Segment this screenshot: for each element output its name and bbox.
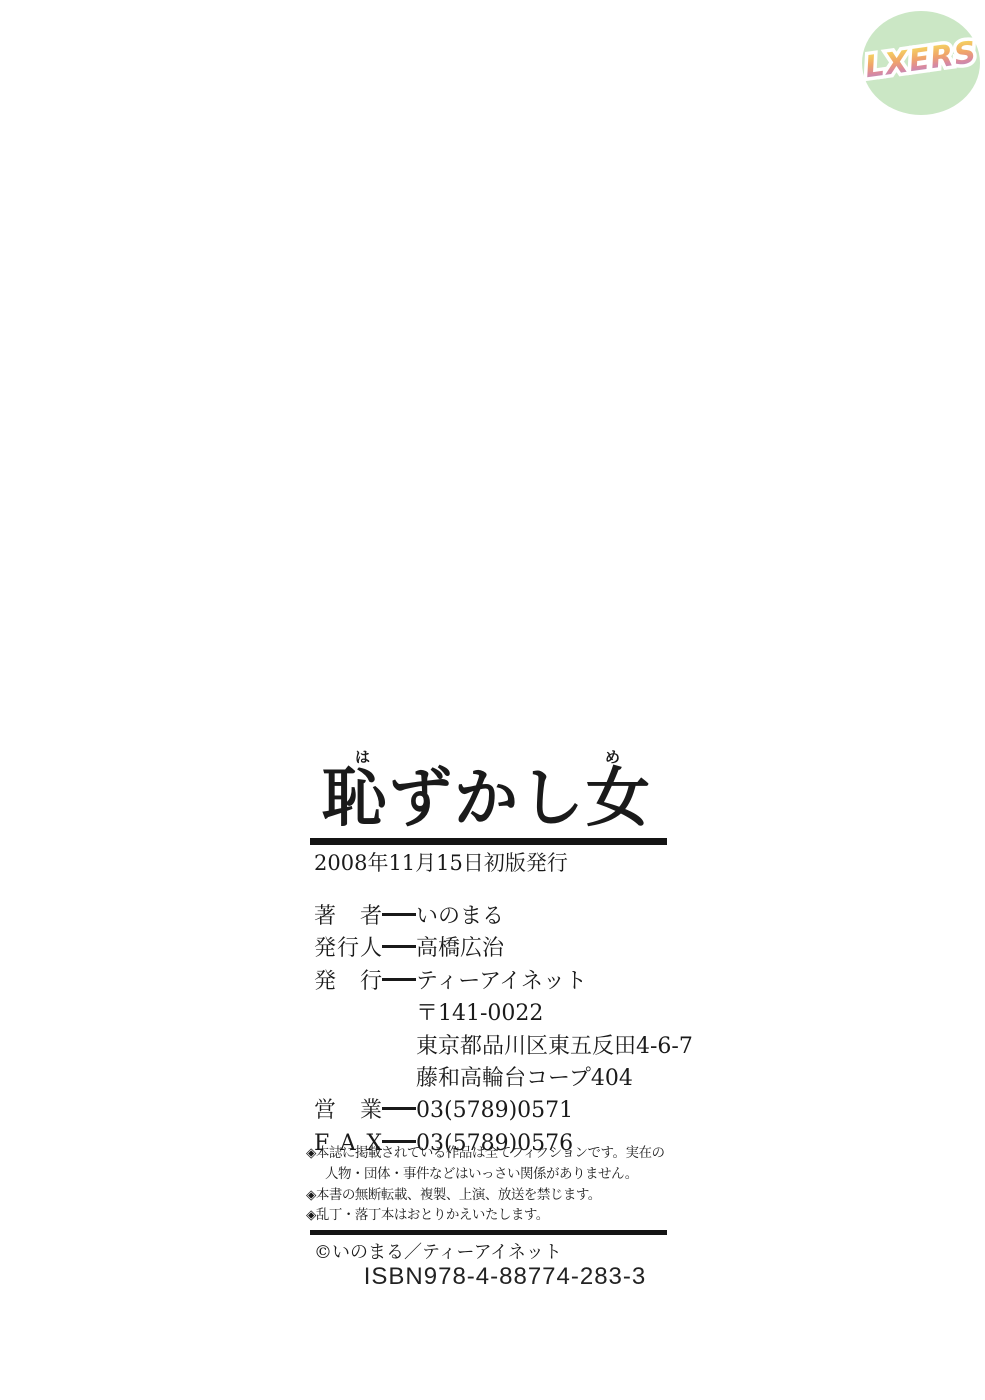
credit-row-publisher: 発行ティーアイネット [314,966,693,998]
credit-row-author: 著者いのまる [314,901,693,933]
credit-label: 発行人 [314,933,382,965]
credit-row-issuer: 発行人高橋広治 [314,933,693,965]
notice-text: 本誌に掲載されている作品は全てフィクションです。実在の [316,1145,665,1161]
book-title-block: は め 恥ずかし女 [322,750,702,845]
credit-label: 著者 [314,901,382,933]
diamond-bullet-icon: ◈ [306,1145,316,1161]
contact-value: 03(5789)0571 [416,1098,573,1123]
bottom-divider-rule [310,1230,667,1235]
edition-line: 2008年11月15日初版発行 [314,849,568,877]
separator-dash [382,978,416,981]
copyright-line: ©いのまる／ティーアイネット [314,1241,562,1265]
colophon-page: LXERS LXERS は め 恥ずかし女 2008年11月15日初版発行 著者… [0,0,985,1400]
contact-row-sales: 営業03(5789)0571 [314,1095,693,1127]
notice-line: ◈乱丁・落丁本はおとりかえいたします。 [306,1205,686,1226]
publisher-logo: LXERS LXERS [862,11,980,115]
notice-text: 人物・団体・事件などはいっさい関係がありません。 [325,1166,638,1182]
separator-dash [382,945,416,948]
publisher-logo-text: LXERS [863,35,979,85]
postal-code-line: 〒141-0022 [314,998,693,1030]
credit-label: 発行 [314,966,382,998]
legal-notices: ◈本誌に掲載されている作品は全てフィクションです。実在の 人物・団体・事件などは… [306,1143,686,1226]
diamond-bullet-icon: ◈ [306,1207,316,1223]
publication-info: 著者いのまる 発行人高橋広治 発行ティーアイネット 〒141-0022 東京都品… [314,901,693,1160]
separator-dash [382,1107,416,1110]
address-line: 藤和高輪台コープ404 [314,1063,693,1095]
credit-value: 高橋広治 [416,936,504,961]
address-line: 東京都品川区東五反田4-6-7 [314,1031,693,1063]
title-divider-rule [310,838,667,845]
diamond-bullet-icon: ◈ [306,1187,316,1203]
isbn-number: ISBN978-4-88774-283-3 [310,1263,700,1291]
credit-value: ティーアイネット [416,969,587,994]
credit-value: いのまる [416,904,504,929]
contact-label: 営業 [314,1095,382,1127]
notice-text: 本書の無断転載、複製、上演、放送を禁じます。 [316,1187,601,1203]
book-title: 恥ずかし女 [322,767,652,831]
notice-line: ◈本誌に掲載されている作品は全てフィクションです。実在の [306,1143,686,1164]
notice-line: ◈本書の無断転載、複製、上演、放送を禁じます。 [306,1185,686,1206]
notice-text: 乱丁・落丁本はおとりかえいたします。 [316,1207,549,1223]
notice-line-continuation: 人物・団体・事件などはいっさい関係がありません。 [306,1164,686,1185]
separator-dash [382,913,416,916]
